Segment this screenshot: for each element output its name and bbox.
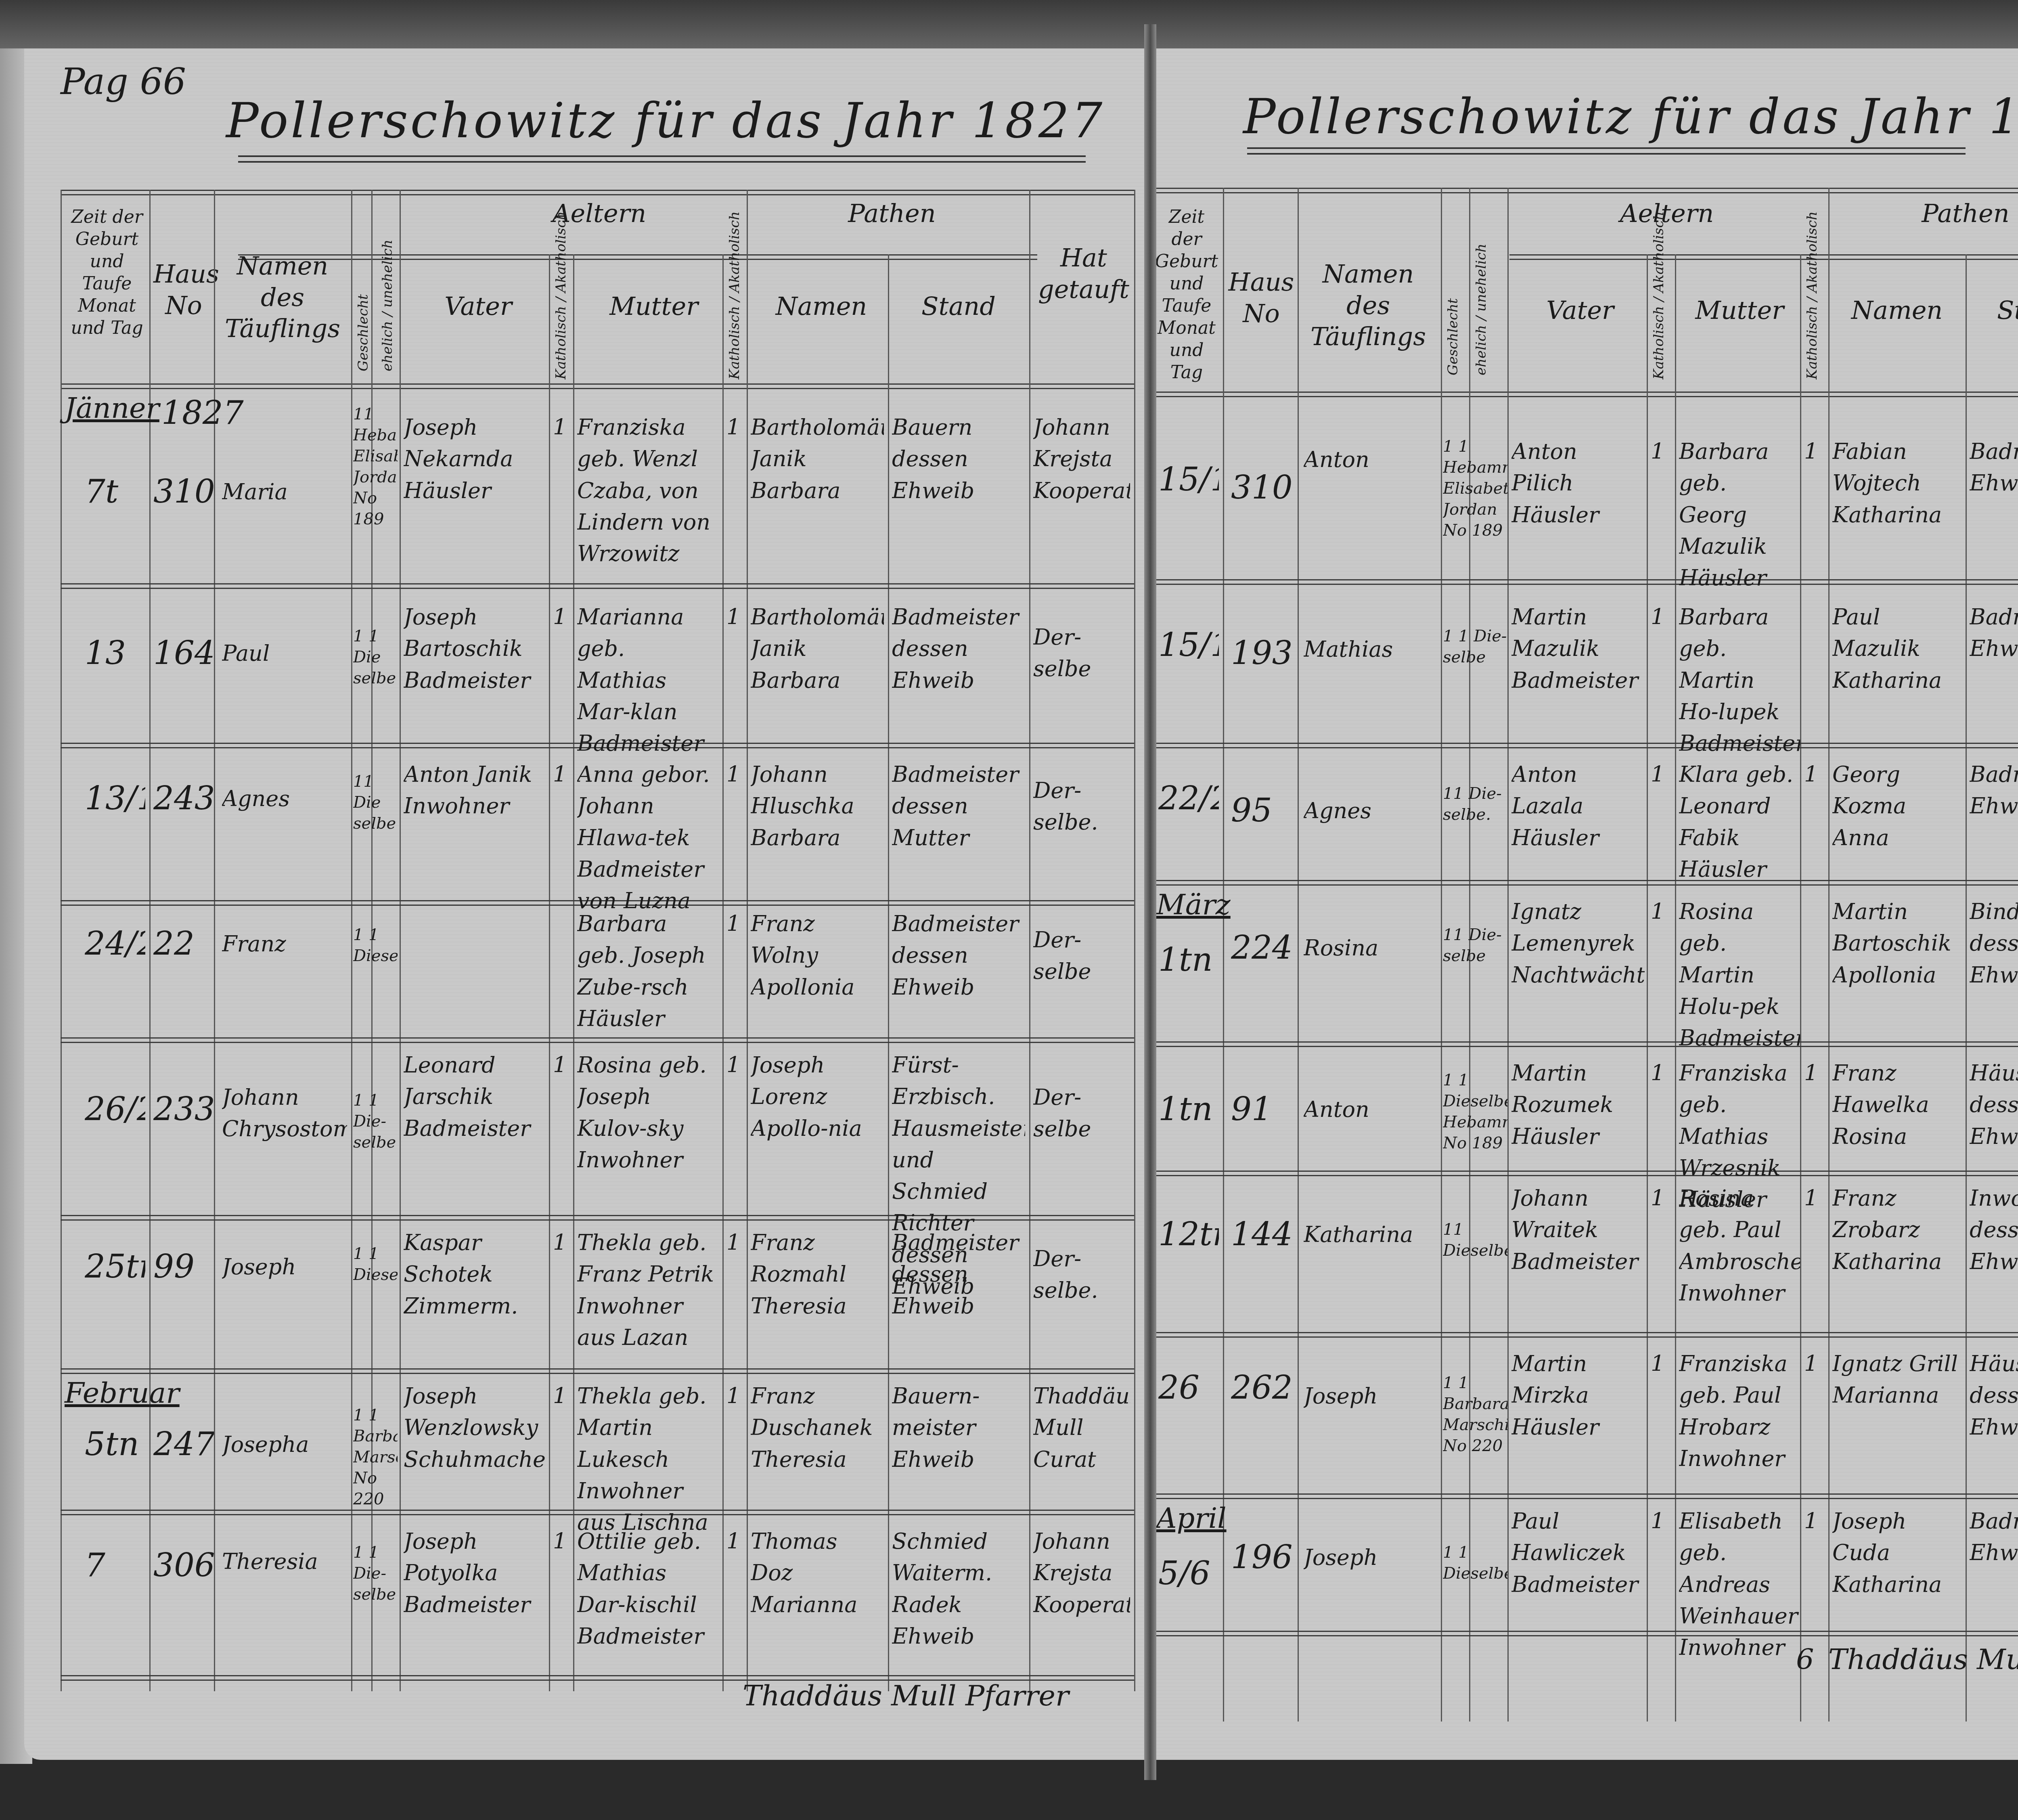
father-rel-cell: 1 [553,1380,569,1412]
mother-cell: Rosina geb. Martin Holu-pek Badmeister [1679,896,1800,1054]
gp-name-cell: Franz Wolny Apollonia [751,908,884,1003]
father-cell: Paul Hawliczek Badmeister [1511,1506,1645,1600]
col-rule [1966,254,1967,1722]
date-cell: 26/27 [85,1086,145,1133]
month-label: April [1156,1502,1227,1535]
col-rule [1029,190,1030,1691]
gp-name-cell: Martin Bartoschik Apollonia [1832,896,1961,991]
gp-status-cell: Schmied Waiterm. Radek Ehweib [892,1526,1025,1652]
mother-rel-cell: 1 [1804,1348,1824,1380]
col-header-father: Vater [412,291,545,322]
mother-rel-cell: 1 [726,1380,743,1412]
col-rule [351,190,352,1691]
father-rel-cell: 1 [1651,1506,1671,1537]
col-header-house: Haus No [153,258,214,321]
father-cell: Anton Janik Inwohner [404,759,545,822]
name-cell: Joseph [1304,1380,1437,1412]
col-rule [1298,188,1299,1722]
date-cell: 15/16 [1158,456,1219,503]
col-header-name: Namen des Täuflings [218,250,347,344]
father-cell: Leonard Jarschik Badmeister [404,1049,545,1144]
year-label: 1827 [161,390,244,436]
house-cell: 247 [153,1421,214,1468]
mother-rel-cell: 1 [726,601,743,633]
mother-cell: Barbara geb. Martin Ho-lupek Badmeister [1679,601,1800,759]
gp-status-cell: Badmeister dessen Mutter [892,759,1025,854]
col-rule [1223,188,1224,1722]
page-title: Pollerschowitz für das Jahr 1827. [1243,89,2018,145]
mother-rel-cell: 1 [726,908,743,940]
name-cell: Katharina [1304,1219,1437,1250]
title-underline [238,155,1086,163]
row-rule [1150,880,2018,886]
page-title: Pollerschowitz für das Jahr 1827 [226,93,1105,149]
row-rule [1150,1493,2018,1499]
date-cell: 7t [85,468,145,515]
register-spread: Pag 66 Pollerschowitz für das Jahr 1827 … [0,0,2018,1820]
name-cell: Anton [1304,444,1437,475]
name-cell: Theresia [222,1546,347,1577]
baptized-by-cell: Johann Krejsta Kooperator [1033,412,1130,507]
father-rel-cell: 1 [553,1227,569,1259]
baptized-by-cell: Der-selbe. [1033,775,1130,838]
house-cell: 306 [153,1542,214,1589]
midwife-cell: 11 Die selbe [353,771,398,834]
father-rel-cell: 1 [553,601,569,633]
mother-cell: Marianna geb. Mathias Mar-klan Badmeiste… [577,601,718,759]
date-cell: 22/23 [1158,775,1219,822]
midwife-cell: 11 Die-selbe. [1443,783,1507,825]
father-cell: Johann Wraitek Badmeister [1511,1183,1645,1278]
father-rel-cell: 1 [553,759,569,790]
pastor-signature: Thaddäus Mull Pfarrer [1828,1643,2018,1676]
row-rule [1150,743,2018,748]
father-rel-cell: 1 [1651,601,1671,633]
father-rel-cell: 1 [553,1049,569,1081]
midwife-cell: 11 Dieselbe [1443,1219,1507,1261]
father-cell: Kaspar Schotek Zimmerm. [404,1227,545,1322]
row-rule [1150,1332,2018,1338]
col-header-name: Namen des Täuflings [1300,258,1437,352]
col-rule [1675,254,1676,1722]
midwife-cell: 11 Hebamme Elisabeth Jordan No 189 [353,404,398,530]
col-rule [747,190,748,1691]
book-top-edge [0,0,2018,57]
father-rel-cell: 1 [553,412,569,443]
gp-status-cell: Bauern dessen Ehweib [892,412,1025,507]
name-cell: Agnes [1304,795,1437,827]
mother-cell: Rosina geb. Joseph Kulov-sky Inwohner [577,1049,718,1176]
name-cell: Josepha [222,1429,347,1460]
gp-name-cell: Franz Duschanek Theresia [751,1380,884,1475]
father-cell: Joseph Nekarnda Häusler [404,412,545,507]
gp-name-cell: Franz Rozmahl Theresia [751,1227,884,1322]
father-cell: Joseph Wenzlowsky Schuhmacher [404,1380,545,1475]
col-rule [549,254,550,1691]
midwife-cell: 1 1 Dieselbe [353,1243,398,1285]
gp-status-cell: Bauern-meister Ehweib [892,1380,1025,1475]
midwife-cell: 1 1 Die-selbe [353,1090,398,1153]
date-cell: 7 [85,1542,145,1589]
col-header-parents: Aeltern [1505,198,1828,229]
gp-name-cell: Georg Kozma Anna [1832,759,1961,854]
right-page: Pag 67 Pollerschowitz für das Jahr 1827.… [1150,48,2018,1760]
col-header-father: Vater [1513,295,1647,326]
name-cell: Rosina [1304,932,1437,964]
midwife-cell: 1 1 Dieselbe [353,924,398,966]
midwife-cell: 1 1 Dieselbe Hebamme No 189 [1443,1070,1507,1154]
house-cell: 91 [1231,1086,1296,1133]
house-cell: 196 [1231,1534,1296,1581]
baptized-by-cell: Der-selbe [1033,622,1130,685]
name-cell: Mathias [1304,634,1437,665]
midwife-cell: 1 1 Dieselbe [1443,1542,1507,1584]
title-underline [1247,147,1966,155]
mother-rel-cell: 1 [1804,1506,1824,1537]
mother-cell: Franziska geb. Wenzl Czaba, von Lindern … [577,412,718,570]
gp-status-cell: Bindler dessen Ehweib [1970,896,2018,991]
name-cell: Joseph [222,1251,347,1283]
date-cell: 1tn [1158,936,1219,983]
row-rule [1150,1041,2018,1047]
col-rule [1134,190,1135,1691]
house-cell: 144 [1231,1211,1296,1258]
midwife-cell: 1 1 Barbara Marschikan No 220 [353,1405,398,1510]
page-number: Pag 66 [61,61,186,103]
col-header-father-rel: Katholisch / Akatholisch [553,258,569,379]
father-rel-cell: 1 [1651,436,1671,467]
mother-cell: Elisabeth geb. Andreas Weinhauer Inwohne… [1679,1506,1800,1663]
father-cell: Anton Pilich Häusler [1511,436,1645,531]
date-cell: 15/16 [1158,622,1219,668]
col-header-mother-rel: Katholisch / Akatholisch [1804,258,1820,379]
mother-rel-cell: 1 [1804,1058,1824,1089]
date-cell: 5tn [85,1421,145,1468]
name-cell: Franz [222,928,347,960]
gp-name-cell: Ignatz Grill Marianna [1832,1348,1961,1412]
header-top-rule [61,190,1134,195]
baptized-by-cell: Der-selbe. [1033,1243,1130,1307]
col-header-baptized-by: Hat getauft [1037,242,1130,305]
date-cell: 25tn [85,1243,145,1290]
col-rule [573,254,574,1691]
mother-cell: Barbara geb. Georg Mazulik Häusler [1679,436,1800,594]
gp-status-cell: Badmeister dessen Ehweib [892,1227,1025,1322]
col-header-mother: Mutter [581,291,726,322]
col-rule [1507,188,1509,1722]
father-rel-cell: 1 [1651,1058,1671,1089]
house-cell: 243 [153,775,214,822]
gp-name-cell: Fabian Wojtech Katharina [1832,436,1961,531]
col-header-legitimacy: ehelich / unehelich [379,210,396,371]
mother-rel-cell: 1 [1804,436,1824,467]
col-rule [1441,188,1442,1722]
mother-rel-cell: 1 [726,1049,743,1081]
col-header-gp-name: Namen [1832,295,1961,326]
house-cell: 95 [1231,787,1296,834]
mother-rel-cell: 1 [726,1227,743,1259]
col-header-date: Zeit der Geburt und Taufe Monat und Tag [63,206,151,339]
header-sub-rule [1509,254,2018,260]
date-cell: 24/25 [85,920,145,967]
gp-name-cell: Bartholomäus Janik Barbara [751,412,884,507]
col-rule [1800,254,1801,1722]
gp-status-cell: Badmeister Ehweib [1970,1506,2018,1569]
gp-status-cell: Inwohner dessen Ehweib [1970,1183,2018,1278]
col-header-date: Zeit der Geburt und Taufe Monat und Tag [1152,206,1221,383]
midwife-cell: 1 1 Hebamme Elisabeth Jordan No 189 [1443,436,1507,541]
col-header-sex: Geschlecht [355,210,371,371]
date-cell: 13 [85,630,145,676]
gp-name-cell: Franz Hawelka Rosina [1832,1058,1961,1152]
mother-rel-cell: 1 [726,759,743,790]
gp-status-cell: Badmeister Ehweib [1970,601,2018,665]
row-rule [1150,1631,2018,1636]
baptized-by-cell: Thaddäus Mull Curat [1033,1380,1130,1475]
father-cell: Martin Rozumek Häusler [1511,1058,1645,1152]
book-gutter [1144,24,1156,1780]
mother-cell: Franziska geb. Paul Hrobarz Inwohner [1679,1348,1800,1474]
row-rule [1150,1171,2018,1176]
mother-rel-cell: 1 [1804,759,1824,790]
col-rule [61,190,62,1691]
col-header-house: Haus No [1225,266,1298,329]
gp-name-cell: Thomas Doz Marianna [751,1526,884,1621]
house-cell: 310 [1231,464,1296,511]
mother-rel-cell: 1 [1804,1183,1824,1214]
gp-name-cell: Paul Mazulik Katharina [1832,601,1961,696]
father-rel-cell: 1 [1651,896,1671,928]
gp-status-cell: Badmeister Ehweib [1970,759,2018,822]
mother-cell: Rosina geb. Paul Ambroschek Inwohner [1679,1183,1800,1309]
mother-rel-cell: 1 [726,1526,743,1557]
baptized-by-cell: Der-selbe [1033,924,1130,988]
gp-status-cell: Häusler dessen Ehweib [1970,1058,2018,1152]
col-header-legitimacy: ehelich / unehelich [1473,214,1489,375]
header-bottom-rule [1150,392,2018,397]
entry-count: 6 [1796,1643,1814,1676]
mother-cell: Barbara geb. Joseph Zube-rsch Häusler [577,908,718,1035]
house-cell: 233 [153,1086,214,1133]
col-rule [722,254,724,1691]
midwife-cell: 1 1 Die-selbe. [353,1542,398,1605]
gp-name-cell: Joseph Cuda Katharina [1832,1506,1961,1600]
name-cell: Johann Chrysostomus [222,1082,347,1145]
col-rule [1647,254,1648,1722]
col-header-sex: Geschlecht [1445,214,1461,375]
col-rule [888,254,889,1691]
house-cell: 99 [153,1243,214,1290]
col-header-gp-name: Namen [755,291,888,322]
mother-cell: Anna gebor. Johann Hlawa-tek Badmeister … [577,759,718,917]
gp-name-cell: Joseph Lorenz Apollo-nia [751,1049,884,1144]
gp-status-cell: Badmeister dessen Ehweib [892,601,1025,696]
midwife-cell: 11 Die-selbe [1443,924,1507,966]
date-cell: 13/14 [85,775,145,822]
gp-name-cell: Johann Hluschka Barbara [751,759,884,854]
header-top-rule [1150,188,2018,193]
month-label: Februar [65,1376,180,1410]
month-label: März [1156,888,1231,921]
house-cell: 193 [1231,630,1296,676]
baptized-by-cell: Johann Krejsta Kooperator [1033,1526,1130,1621]
col-header-godparents: Pathen [751,198,1033,229]
house-cell: 224 [1231,924,1296,971]
gp-name-cell: Bartholomäus Janik Barbara [751,601,884,696]
date-cell: 5/6 [1158,1550,1219,1597]
col-header-father-rel: Katholisch / Akatholisch [1651,258,1667,379]
col-rule [400,190,401,1691]
mother-cell: Thekla geb. Martin Lukesch Inwohner aus … [577,1380,718,1538]
col-header-mother: Mutter [1679,295,1800,326]
midwife-cell: 1 1 Die-selbe [1443,626,1507,668]
date-cell: 1tn [1158,1086,1219,1133]
house-cell: 164 [153,630,214,676]
father-rel-cell: 1 [1651,759,1671,790]
house-cell: 22 [153,920,214,967]
date-cell: 12tn [1158,1211,1219,1258]
mother-cell: Thekla geb. Franz Petrik Inwohner aus La… [577,1227,718,1353]
gp-status-cell: Badmeister dessen Ehweib [892,908,1025,1003]
midwife-cell: 1 1 Barbara Marschikan No 220 [1443,1372,1507,1456]
row-rule [1150,579,2018,585]
gp-status-cell: Badmeister Ehweib [1970,436,2018,499]
father-cell: Martin Mirzka Häusler [1511,1348,1645,1443]
col-header-mother-rel: Katholisch / Akatholisch [726,258,743,379]
father-cell: Martin Mazulik Badmeister [1511,601,1645,696]
father-rel-cell: 1 [1651,1183,1671,1214]
col-header-gp-status: Stand [1970,295,2018,326]
house-cell: 310 [153,468,214,515]
month-label: Jänner [65,392,159,425]
header-bottom-rule [61,383,1134,389]
father-rel-cell: 1 [1651,1348,1671,1380]
father-cell: Ignatz Lemenyrek Nachtwächter [1511,896,1645,991]
pastor-signature: Thaddäus Mull Pfarrer [743,1679,1069,1712]
mother-rel-cell: 1 [726,412,743,443]
row-rule [61,1368,1134,1374]
row-rule [61,583,1134,589]
father-cell: Anton Lazala Häusler [1511,759,1645,854]
col-rule [1828,188,1830,1722]
gp-name-cell: Franz Zrobarz Katharina [1832,1183,1961,1278]
name-cell: Anton [1304,1094,1437,1125]
house-cell: 262 [1231,1364,1296,1411]
father-rel-cell: 1 [553,1526,569,1557]
col-header-godparents: Pathen [1828,198,2018,229]
date-cell: 26 [1158,1364,1219,1411]
father-cell: Joseph Bartoschik Badmeister [404,601,545,696]
col-header-gp-status: Stand [892,291,1025,322]
mother-cell: Ottilie geb. Mathias Dar-kischil Badmeis… [577,1526,718,1652]
mother-cell: Klara geb. Leonard Fabik Häusler [1679,759,1800,885]
father-cell: Joseph Potyolka Badmeister [404,1526,545,1621]
name-cell: Maria [222,476,347,508]
left-page: Pag 66 Pollerschowitz für das Jahr 1827 … [24,48,1150,1760]
name-cell: Paul [222,638,347,669]
name-cell: Joseph [1304,1542,1437,1573]
midwife-cell: 1 1 Die selbe [353,626,398,689]
row-rule [61,1037,1134,1043]
name-cell: Agnes [222,783,347,815]
gp-status-cell: Häusler dessen Ehweib [1970,1348,2018,1443]
baptized-by-cell: Der-selbe [1033,1082,1130,1145]
